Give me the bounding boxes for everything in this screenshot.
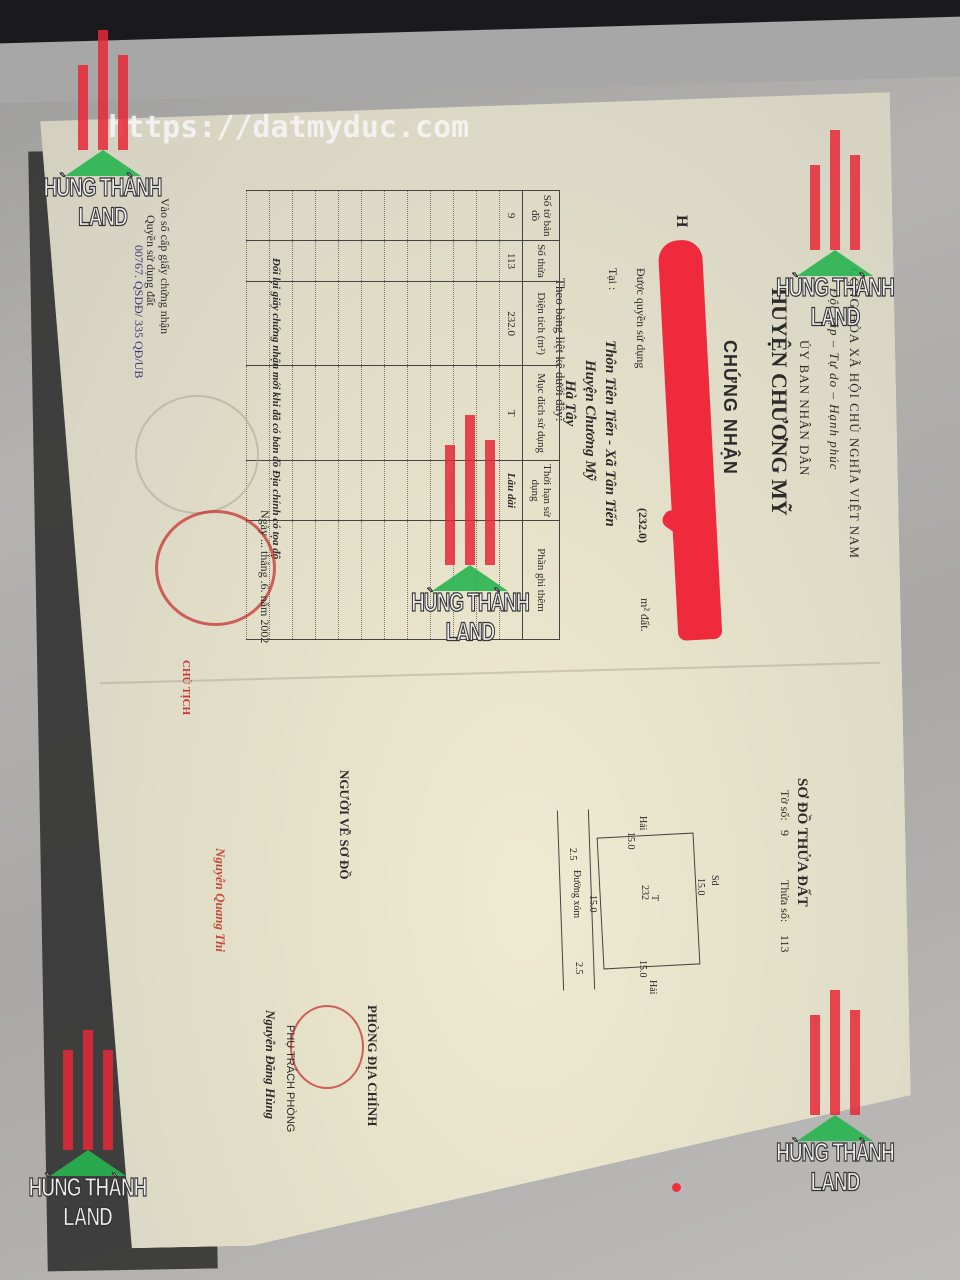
drawer-title: NGƯỜI VẼ SƠ ĐỒ [336, 770, 352, 879]
area-value: (232.0) [635, 508, 650, 543]
sheet-label: Tờ số: [777, 790, 792, 821]
watermark-logo-bottom-left: HÙNG THÀNH LAND [25, 1030, 150, 1226]
east-neighbor: Hải [647, 980, 658, 994]
office-role: PHỤ TRÁCH PHÒNG [284, 1025, 296, 1132]
cell-area: 232.0 [500, 281, 523, 366]
parcel-number: 113 [777, 935, 792, 953]
committee-label: ỦY BAN NHÂN DÂN [796, 340, 812, 476]
logo-triangle-icon [797, 250, 873, 276]
cell-map-sheet: 9 [500, 191, 523, 241]
parcel-label: Thửa số: [777, 880, 792, 922]
cell-parcel-no: 113 [500, 241, 523, 282]
certificate-title: CHỨNG NHẬN [719, 340, 740, 475]
area-unit: m² đất. [637, 598, 652, 632]
location-line-1: Thôn Tiên Tiến - Xã Tân Tiến [601, 340, 618, 527]
col-area: Diện tích (m²) [523, 281, 560, 366]
west-neighbor: Hải [637, 816, 648, 830]
logo-bars-icon [58, 1030, 118, 1150]
watermark-logo-top-right: HÙNG THÀNH LAND [770, 130, 900, 326]
chairman-title: CHỦ TỊCH [180, 660, 192, 715]
sheet-number: 9 [777, 830, 792, 836]
col-map-sheet: Số tờ bản đồ [523, 191, 560, 241]
road-label: Đường xóm [571, 870, 582, 918]
logo-triangle-icon [50, 1150, 126, 1176]
embossed-seal [135, 395, 259, 514]
plot-land-code: T [649, 895, 660, 901]
north-neighbor: Sd [709, 875, 720, 886]
logo-bars-icon [805, 130, 865, 250]
dim-left: 15.0 [587, 895, 598, 913]
office-head-name: Nguyễn Đăng Hùng [262, 1010, 278, 1119]
red-dot-mark [672, 1183, 681, 1192]
dim-top: 15.0 [625, 832, 636, 850]
dim-bottom: 15.0 [637, 960, 648, 978]
logo-triangle-icon [432, 565, 508, 591]
logo-triangle-icon [797, 1115, 873, 1141]
col-parcel-no: Số thửa [523, 241, 560, 282]
logo-bars-icon [73, 30, 133, 150]
watermark-logo-center: HÙNG THÀNH LAND [390, 445, 550, 641]
red-stamp-office [290, 1005, 364, 1089]
logo-triangle-icon [65, 150, 141, 176]
location-label: Tại : [605, 268, 620, 290]
location-line-2: Huyện Chương Mỹ [581, 360, 598, 480]
watermark-logo-bottom-right: HÙNG THÀNH LAND [770, 995, 900, 1191]
dim-right: 15.0 [695, 878, 706, 896]
plot-map-title: SƠ ĐỒ THỬA ĐẤT [793, 778, 810, 907]
road-width-1: 2.5 [567, 848, 578, 861]
holder-name-prefix: H [672, 215, 690, 227]
issue-date: Ngày ... tháng .6. năm 2002 [257, 510, 272, 643]
logo-bars-icon [805, 995, 865, 1115]
right-label: Được quyền sử dụng [633, 268, 648, 368]
logo-bars-icon [440, 445, 500, 565]
office-title: PHÒNG ĐỊA CHÍNH [364, 1005, 380, 1126]
watermark-logo-top-left: HÙNG THÀNH LAND [30, 30, 175, 226]
registry-number: 00767. QSDĐ/ 335 QĐ/UB [131, 245, 146, 378]
road-width-2: 2.5 [573, 962, 584, 975]
drawer-name: Nguyễn Quang Thi [212, 848, 228, 952]
